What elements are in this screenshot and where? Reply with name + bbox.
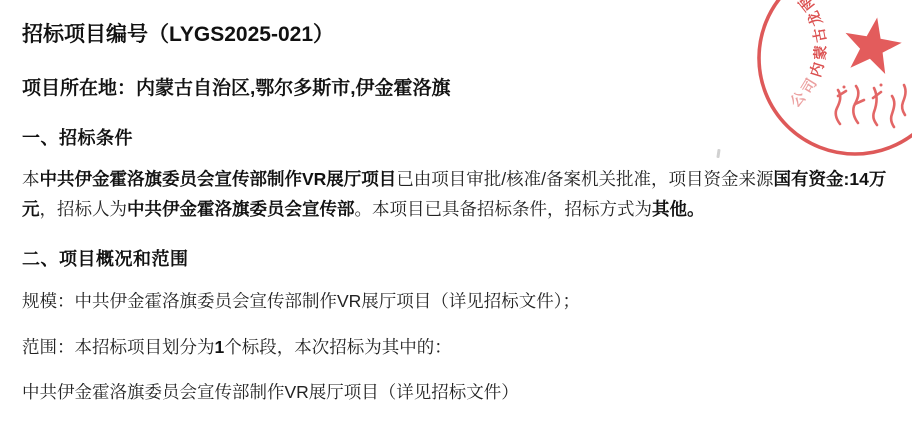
text-run: 1 bbox=[215, 337, 225, 357]
tender-notice-page: 招标项目编号（LYGS2025-021） 项目所在地：内蒙古自治区,鄂尔多斯市,… bbox=[0, 0, 912, 421]
text-run: 中共伊金霍洛旗委员会宣传部 bbox=[127, 199, 355, 219]
project-scale-line: 规模：中共伊金霍洛旗委员会宣传部制作VR展厅项目（详见招标文件）； bbox=[22, 288, 580, 313]
tender-conditions-paragraph-line-1: 本中共伊金霍洛旗委员会宣传部制作VR展厅项目已由项目审批/核准/备案机关批准，项… bbox=[22, 166, 886, 191]
svg-text:公司: 公司 bbox=[787, 72, 822, 111]
text-run: 国有资金:14万 bbox=[774, 169, 887, 189]
text-run: ，招标人为 bbox=[40, 199, 128, 219]
text-run: 个标段，本次招标为其中的： bbox=[224, 337, 452, 357]
scan-artifact-mark bbox=[716, 149, 720, 158]
seal-arc-text: 内蒙古龙雨 bbox=[793, 0, 830, 79]
project-scope-line: 范围：本招标项目划分为1个标段，本次招标为其中的： bbox=[22, 334, 452, 359]
seal-ring bbox=[759, 0, 912, 154]
tender-conditions-paragraph-line-2: 元，招标人为中共伊金霍洛旗委员会宣传部。本项目已具备招标条件，招标方式为其他。 bbox=[22, 196, 705, 221]
text-run: 规模：中共伊金霍洛旗委员会宣传部制作VR展厅项目（详见招标文件）； bbox=[22, 291, 580, 311]
text-run: 元 bbox=[22, 199, 40, 219]
text-run: 范围：本招标项目划分为 bbox=[22, 337, 215, 357]
official-seal-stamp: 公司 内蒙古龙雨 bbox=[732, 0, 912, 190]
text-run: 中共伊金霍洛旗委员会宣传部制作VR展厅项目 bbox=[40, 169, 397, 189]
svg-text:内蒙古龙雨: 内蒙古龙雨 bbox=[793, 0, 830, 79]
official-seal-graphic: 公司 内蒙古龙雨 bbox=[732, 0, 912, 190]
mongolian-script-icon bbox=[836, 84, 906, 128]
text-run: 。本项目已具备招标条件，招标方式为 bbox=[355, 199, 653, 219]
project-location-line: 项目所在地：内蒙古自治区,鄂尔多斯市,伊金霍洛旗 bbox=[22, 73, 451, 100]
text-run: 本 bbox=[22, 169, 40, 189]
red-star-icon bbox=[846, 18, 902, 75]
text-run: 其他。 bbox=[652, 199, 705, 219]
seal-arc-text-faint: 公司 bbox=[787, 72, 822, 111]
page-title: 招标项目编号（LYGS2025-021） bbox=[22, 18, 334, 48]
section-1-heading: 一、招标条件 bbox=[22, 124, 133, 150]
section-2-heading: 二、项目概况和范围 bbox=[22, 245, 189, 271]
lot-description-line: 中共伊金霍洛旗委员会宣传部制作VR展厅项目（详见招标文件） bbox=[22, 379, 519, 404]
text-run: 已由项目审批/核准/备案机关批准，项目资金来源 bbox=[396, 169, 773, 189]
